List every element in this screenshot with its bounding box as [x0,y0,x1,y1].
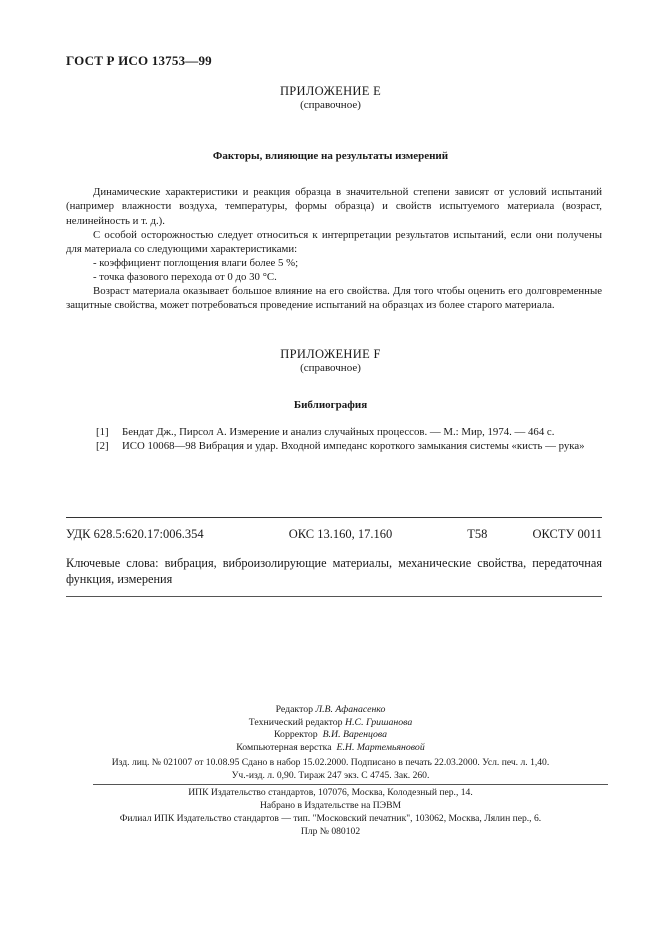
paragraph-material-age: Возраст материала оказывает большое влия… [66,284,602,313]
appendix-e-title: ПРИЛОЖЕНИЕ Е [0,84,661,99]
credit-proofreader: Корректор В.И. Варенцова [0,729,661,742]
publishing-line-2: Уч.-изд. л. 0,90. Тираж 247 экз. С 4745.… [0,770,661,783]
credits-block: Редактор Л.В. Афанасенко Технический ред… [0,704,661,754]
reference-text: Бендат Дж., Пирсол А. Измерение и анализ… [122,426,554,438]
divider-bottom [66,596,602,597]
appendix-e-subtitle: (справочное) [0,99,661,111]
appendix-f-subtitle: (справочное) [0,362,661,374]
paragraph-dynamic-characteristics: Динамические характеристики и реакция об… [66,185,602,228]
divider-top [66,517,602,518]
bibliography-item: [2]ИСО 10068—98 Вибрация и удар. Входной… [96,439,585,454]
credit-editor: Редактор Л.В. Афанасенко [0,704,661,717]
classification-codes: УДК 628.5:620.17:006.354 ОКС 13.160, 17.… [66,527,602,542]
paragraph-caution: С особой осторожностью следует относитьс… [66,228,602,257]
bullet-moisture: - коэффициент поглощения влаги более 5 %… [66,256,629,270]
imprint-line-3: Филиал ИПК Издательство стандартов — тип… [0,813,661,826]
bibliography-title: Библиография [0,399,661,411]
reference-number: [2] [96,439,122,454]
credit-technical-editor: Технический редактор Н.С. Гришанова [0,717,661,730]
credit-layout: Компьютерная верстка Е.Н. Мартемьяновой [0,742,661,755]
oks-code: ОКС 13.160, 17.160 [289,527,393,542]
divider-imprint [93,784,608,785]
imprint-line-4: Плр № 080102 [0,826,661,839]
keywords: Ключевые слова: вибрация, виброизолирующ… [66,555,602,587]
reference-text: ИСО 10068—98 Вибрация и удар. Входной им… [122,440,585,452]
appendix-f-title: ПРИЛОЖЕНИЕ F [0,347,661,362]
publishing-line-1: Изд. лиц. № 021007 от 10.08.95 Сдано в н… [0,757,661,770]
group-code: Т58 [467,527,487,542]
imprint-line-2: Набрано в Издательстве на ПЭВМ [0,800,661,813]
imprint-line-1: ИПК Издательство стандартов, 107076, Мос… [0,787,661,800]
appendix-e-section-title: Факторы, влияющие на результаты измерени… [0,150,661,162]
reference-number: [1] [96,425,122,440]
bibliography-item: [1]Бендат Дж., Пирсол А. Измерение и ана… [96,425,554,440]
udk-code: УДК 628.5:620.17:006.354 [66,527,204,542]
document-code: ГОСТ Р ИСО 13753—99 [66,53,212,69]
bullet-phase-transition: - точка фазового перехода от 0 до 30 °С. [66,270,629,284]
okstu-code: ОКСТУ 0011 [532,527,602,542]
